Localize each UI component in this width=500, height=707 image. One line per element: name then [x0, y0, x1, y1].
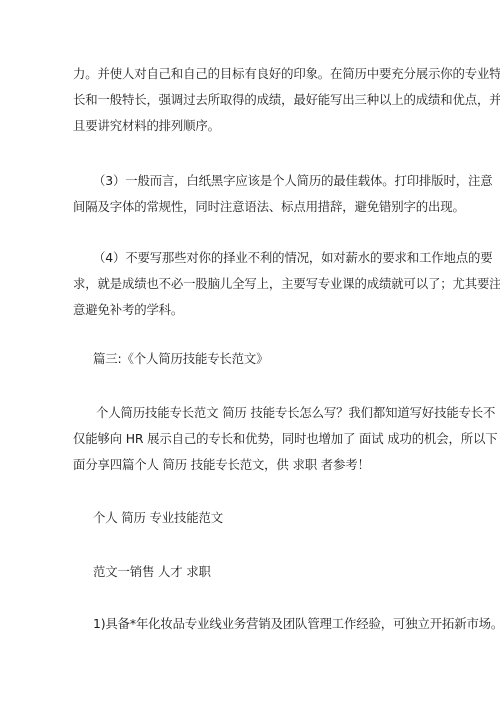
point-4-line-3: 意避免补考的学科。 — [73, 302, 183, 318]
skills-intro-line-1: 个人简历技能专长范文 简历 技能专长怎么写？我们都知道写好技能专长不 — [96, 405, 495, 421]
intro-paragraph-line-1: 力。并使人对自己和自己的目标有良好的印象。在简历中要充分展示你的专业特 — [73, 66, 500, 82]
skills-intro-line-2: 仅能够向 HR 展示自己的专长和优势，同时也增加了 面试 成功的机会，所以下 — [73, 431, 497, 447]
document-page: 力。并使人对自己和自己的目标有良好的印象。在简历中要充分展示你的专业特 长和一般… — [0, 0, 500, 707]
intro-paragraph-line-2: 长和一般特长，强调过去所取得的成绩，最好能写出三种以上的成绩和优点，并 — [73, 92, 500, 108]
sample-one-heading: 范文一销售 人才 求职 — [93, 564, 211, 580]
section-three-heading: 篇三:《个人简历技能专长范文》 — [93, 351, 268, 367]
point-3-line-1: （3）一般而言，白纸黑字应该是个人简历的最佳载体。打印排版时，注意 — [93, 173, 492, 189]
skills-sample-heading: 个人 简历 专业技能范文 — [93, 510, 223, 526]
point-3-line-2: 间隔及字体的常规性，同时注意语法、标点用措辞，避免错别字的出现。 — [73, 199, 465, 215]
point-4-line-2: 求，就是成绩也不必一股脑儿全写上，主要写专业课的成绩就可以了；尤其要注 — [73, 276, 500, 292]
point-4-line-1: （4）不要写那些对你的择业不利的情况，如对薪水的要求和工作地点的要 — [93, 250, 492, 266]
intro-paragraph-line-3: 且要讲究材料的排列顺序。 — [73, 118, 220, 134]
skills-intro-line-3: 面分享四篇个人 简历 技能专长范文，供 求职 者参考！ — [73, 457, 370, 473]
sample-one-item-1: 1)具备*年化妆品专业线业务营销及团队管理工作经验，可独立开拓新市场。 — [93, 616, 500, 632]
